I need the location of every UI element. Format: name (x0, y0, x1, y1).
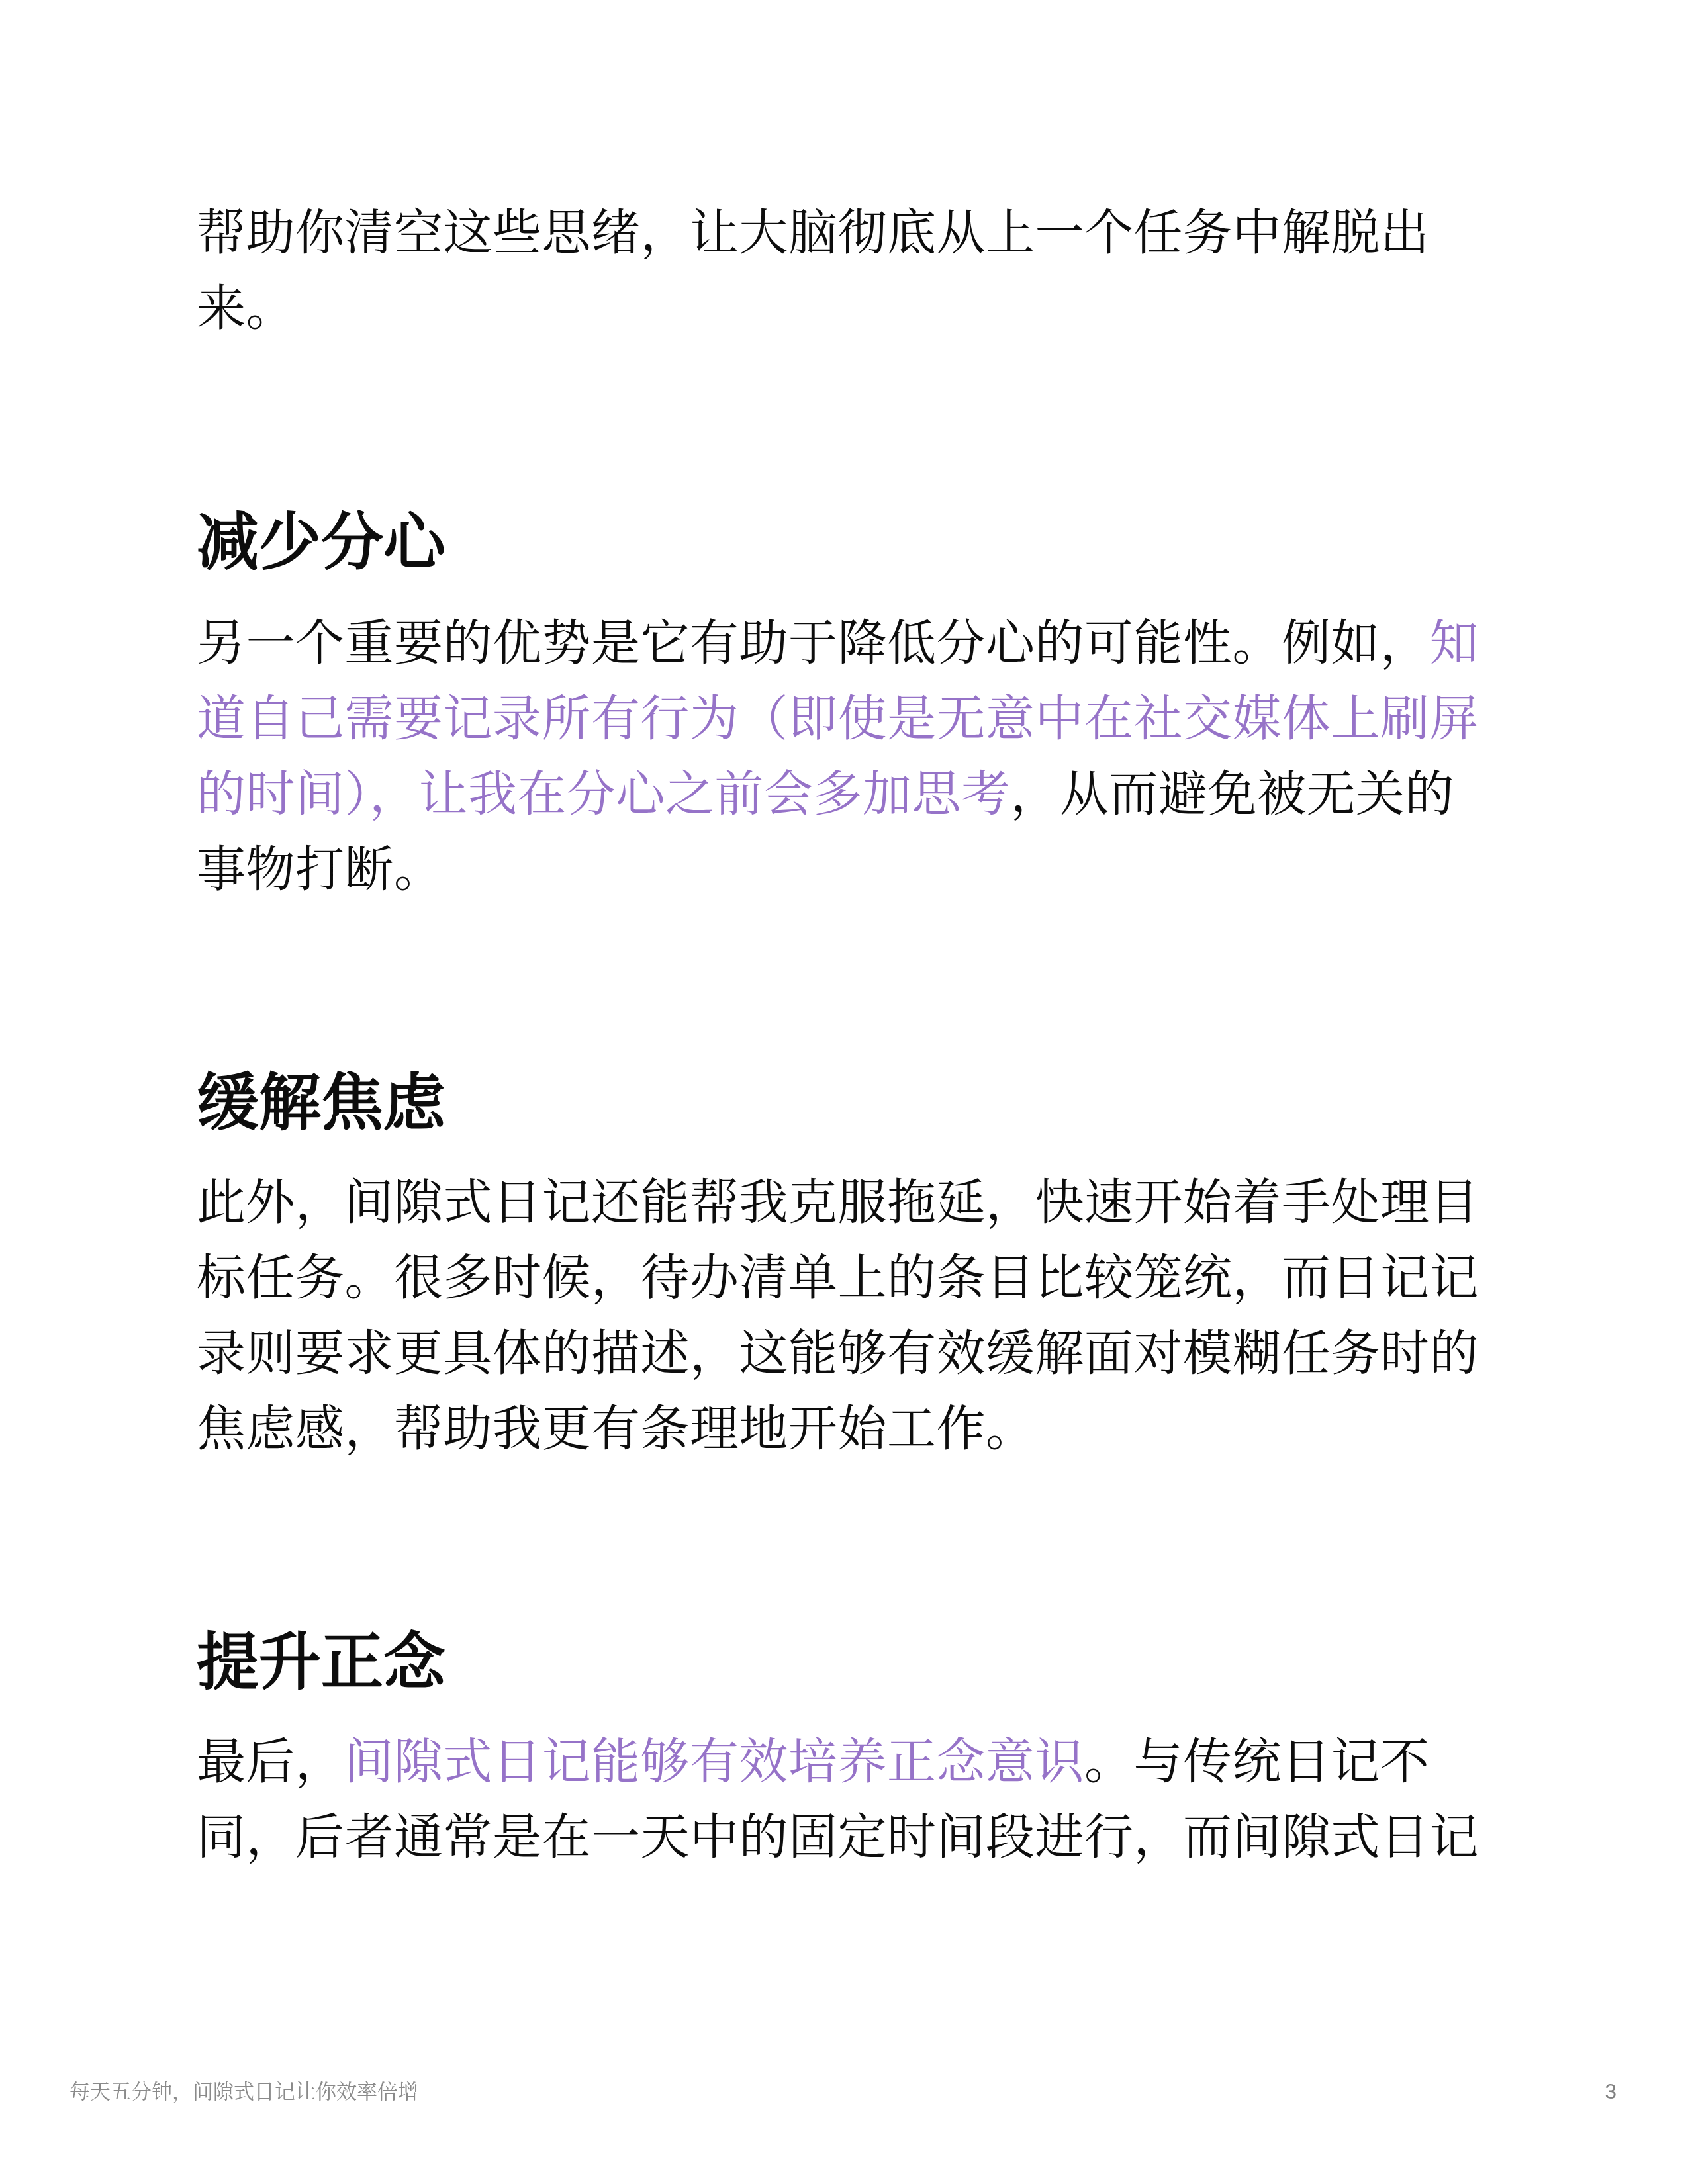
text-run: 另一个重要的优势是它有助于降低分心的可能性。例如， (197, 615, 1430, 670)
paragraph-relieve-anxiety: 此外，间隙式日记还能帮我克服拖延，快速开始着手处理目 标任务。很多时候，待办清单… (197, 1165, 1479, 1467)
document-page: 帮助你清空这些思绪，让大脑彻底从上一个任务中解脱出 来。 减少分心 另一个重要的… (0, 0, 1688, 2184)
paragraph-intro: 帮助你清空这些思绪，让大脑彻底从上一个任务中解脱出 来。 (197, 195, 1430, 346)
text-run: 最后， (197, 1734, 345, 1789)
text-run: 此外，间隙式日记还能帮我克服拖延，快速开始着手处理目 标任务。很多时候，待办清单… (197, 1175, 1479, 1456)
paragraph-reduce-distraction: 另一个重要的优势是它有助于降低分心的可能性。例如，知 道自己需要记录所有行为（即… (197, 606, 1479, 907)
text-run: 帮助你清空这些思绪，让大脑彻底从上一个任务中解脱出 来。 (197, 205, 1430, 336)
footer-page-number: 3 (1605, 2077, 1617, 2106)
section-heading-relieve-anxiety: 缓解焦虑 (197, 1066, 445, 1140)
section-heading-improve-mindfulness: 提升正念 (197, 1625, 445, 1700)
section-heading-reduce-distraction: 减少分心 (197, 505, 445, 580)
paragraph-improve-mindfulness: 最后，间隙式日记能够有效培养正念意识。与传统日记不 同，后者通常是在一天中的固定… (197, 1724, 1479, 1875)
highlighted-text-run: 间隙式日记能够有效培养正念意识 (345, 1734, 1085, 1789)
footer-document-title: 每天五分钟，间隙式日记让你效率倍增 (70, 2077, 418, 2107)
page-footer: 每天五分钟，间隙式日记让你效率倍增 3 (70, 2077, 1617, 2107)
